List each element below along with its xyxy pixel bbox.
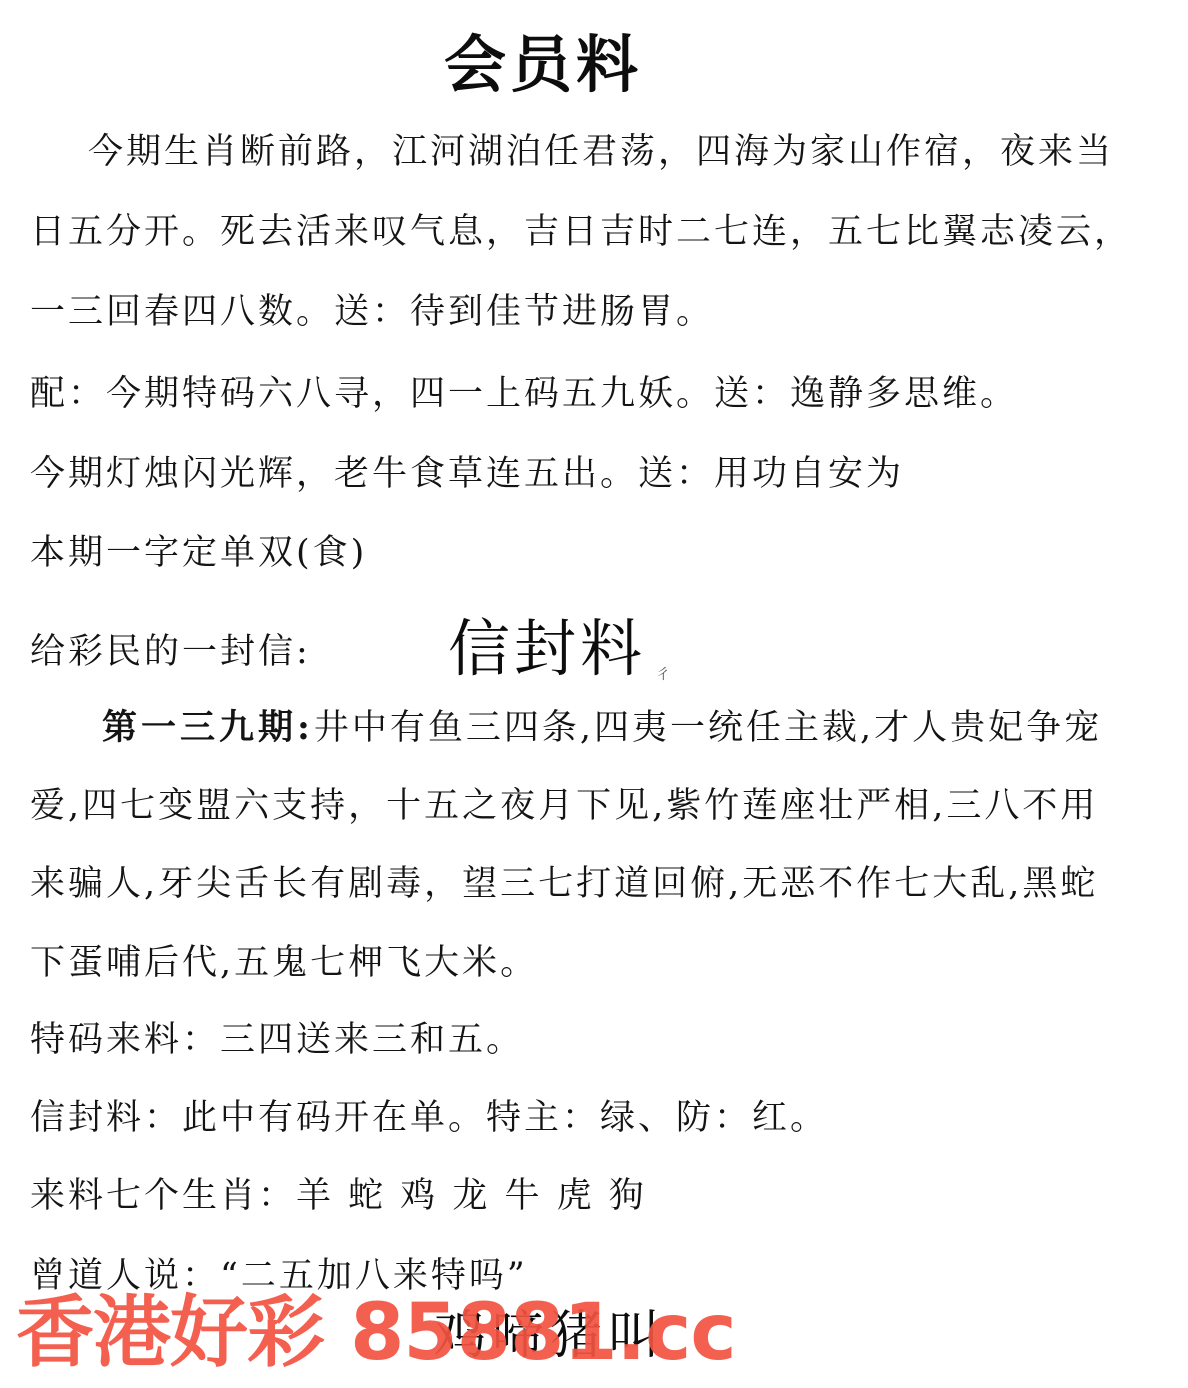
special-code-note: 特码来料：三四送来三和五。 [30, 1020, 524, 1060]
zodiac-note: 来料七个生肖：羊 蛇 鸡 龙 牛 虎 狗 [30, 1176, 647, 1216]
text-line: 配：今期特码六八寻，四一上码五九妖。送：逸静多思维。 [30, 374, 1018, 414]
stray-mark: 彳 [656, 664, 670, 684]
letter-intro: 给彩民的一封信: [30, 632, 311, 672]
text-line: 一三回春四八数。送：待到佳节进肠胃。 [30, 292, 714, 332]
issue-label: 第一三九期: [102, 707, 314, 748]
issue-paragraph-first-line: 第一三九期:井中有鱼三四条,四夷一统任主裁,才人贵妃争宠 [102, 708, 1102, 748]
text-line: 今期灯烛闪光辉，老牛食草连五出。送：用功自安为 [30, 454, 904, 494]
watermark-text: 香港好彩 85881.cc [16, 1288, 736, 1378]
text-line: 本期一字定单双(食) [30, 533, 367, 573]
text-line: 下蛋哺后代,五鬼七柙飞大米。 [30, 943, 538, 983]
envelope-note: 信封料：此中有码开在单。特主：绿、防：红。 [30, 1098, 828, 1138]
text-line: 日五分开。死去活来叹气息，吉日吉时二七连，五七比翼志凌云， [30, 212, 1132, 252]
section-title-envelope-material: 信封料 [448, 614, 646, 684]
text-line: 来骗人,牙尖舌长有剧毒，望三七打道回俯,无恶不作七大乱,黑蛇 [30, 864, 1098, 904]
section-title-member-material: 会员料 [444, 30, 642, 100]
text-line: 今期生肖断前路，江河湖泊任君荡，四海为家山作宿，夜来当 [88, 132, 1114, 172]
issue-text: 井中有鱼三四条,四夷一统任主裁,才人贵妃争宠 [314, 708, 1102, 748]
text-line: 爱,四七变盟六支持，十五之夜月下见,紫竹莲座壮严相,三八不用 [30, 786, 1098, 826]
